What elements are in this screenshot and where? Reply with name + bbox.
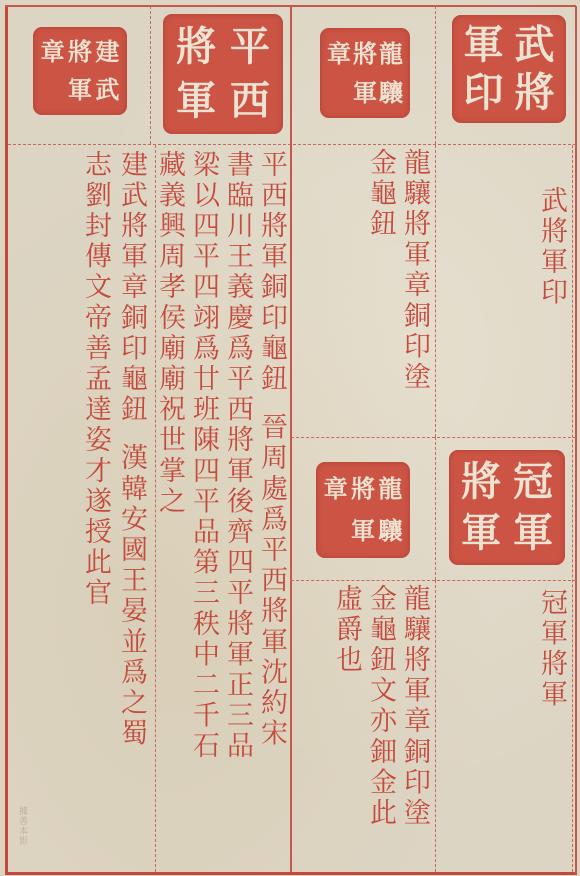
seal-char: 軍 — [349, 510, 376, 552]
column-tail: 晉周處爲平西將軍沈約宋 — [256, 413, 287, 750]
seal-longxiang-jiangjun-zhang-2: 龍 驤 將 軍 章 — [316, 462, 410, 558]
seal-char: 印 — [458, 69, 509, 117]
seal-char: 軍 — [169, 74, 223, 128]
seal-char: 驤 — [378, 73, 404, 112]
seal-jianwu-jiangjun-zhang: 建 武 將 軍 章 — [33, 27, 127, 115]
entry2-desc-col-3: 虛爵也 — [333, 584, 360, 676]
entry-title-guanjun-jiangjun: 冠軍將軍 — [538, 588, 565, 710]
column-tail: 漢韓安國王晏並爲之蜀 — [116, 443, 147, 749]
top-row-divider — [8, 144, 576, 145]
seal-char: 軍 — [507, 508, 559, 560]
entry2-desc-col-1: 龍驤將軍章銅印塗 — [401, 584, 428, 829]
seal-wu-jiangjun-yin: 武 將 軍 印 — [452, 15, 566, 123]
seal-char: 將 — [352, 34, 378, 73]
frame-right-border — [575, 6, 577, 874]
seal-char — [326, 73, 352, 112]
middle-row-bottom-divider — [291, 580, 576, 581]
seal-char: 龍 — [378, 34, 404, 73]
seal-char: 西 — [223, 74, 277, 128]
entry-title-wu-jiangjun-yin: 武將軍印 — [538, 186, 565, 308]
seal-char: 章 — [39, 33, 66, 71]
text-column-6: 志劉封傳文帝善孟達姿才遂授此官 — [82, 150, 109, 609]
seal-char: 冠 — [507, 456, 559, 508]
frame-left-border — [5, 6, 8, 874]
seal-guanjun-jiangjun: 冠 軍 將 軍 — [449, 450, 565, 565]
seal-longxiang-jiangjun-zhang: 龍 驤 將 軍 章 — [320, 28, 410, 118]
seal-char: 平 — [223, 20, 277, 74]
seal-char: 武 — [94, 71, 121, 109]
seal-pingxi-jiangjun: 平 西 將 軍 — [163, 14, 283, 134]
margin-mark: 據善本影 — [16, 806, 29, 846]
seal-char: 將 — [455, 456, 507, 508]
seal-char: 軍 — [66, 71, 93, 109]
right-col-rule-1 — [435, 145, 436, 437]
seal-char — [39, 71, 66, 109]
right-col-rule-2 — [435, 580, 436, 872]
seal-char: 龍 — [377, 468, 404, 510]
top-cell-divider-2 — [290, 6, 292, 872]
seal-char: 章 — [322, 468, 349, 510]
top-cell-divider-3 — [435, 6, 436, 144]
middle-row-top-divider — [291, 437, 576, 438]
seal-char: 建 — [94, 33, 121, 71]
seal-char: 軍 — [455, 508, 507, 560]
frame-bottom-border — [5, 872, 577, 875]
text-column-4: 藏義興周孝侯廟廟祝世掌之 — [156, 150, 183, 517]
seal-char: 將 — [169, 20, 223, 74]
top-cell-divider-1 — [150, 6, 151, 144]
seal-char: 章 — [326, 34, 352, 73]
text-column-2: 書臨川王義慶爲平西將軍後齊四平將軍正三品 — [224, 150, 251, 762]
seal-char: 將 — [66, 33, 93, 71]
seal-char: 武 — [509, 21, 560, 69]
entry2-desc-col-2: 金龜鈕文亦鈿金此 — [367, 584, 394, 829]
text-column-3: 梁以四平四翊爲廿班陳四平品第三秩中二千石 — [190, 150, 217, 762]
column-head: 平西將軍銅印龜鈕 — [256, 150, 287, 395]
seal-char: 將 — [349, 468, 376, 510]
seal-char: 軍 — [352, 73, 378, 112]
text-column-5: 建武將軍章銅印龜鈕漢韓安國王晏並爲之蜀 — [118, 150, 145, 749]
document-page: 建 武 將 軍 章 平 西 將 軍 龍 驤 將 軍 章 武 將 軍 印 龍 驤 … — [0, 0, 580, 876]
seal-char — [322, 510, 349, 552]
middle-cell-divider — [435, 437, 436, 580]
entry-desc-col-2: 金龜鈕 — [367, 148, 394, 240]
right-title-rule — [572, 145, 573, 872]
seal-char: 將 — [509, 69, 560, 117]
column-head: 建武將軍章銅印龜鈕 — [116, 150, 147, 425]
text-column-1: 平西將軍銅印龜鈕晉周處爲平西將軍沈約宋 — [258, 150, 285, 749]
entry-desc-col-1: 龍驤將軍章銅印塗 — [401, 148, 428, 393]
seal-char: 驤 — [377, 510, 404, 552]
seal-char: 軍 — [458, 21, 509, 69]
